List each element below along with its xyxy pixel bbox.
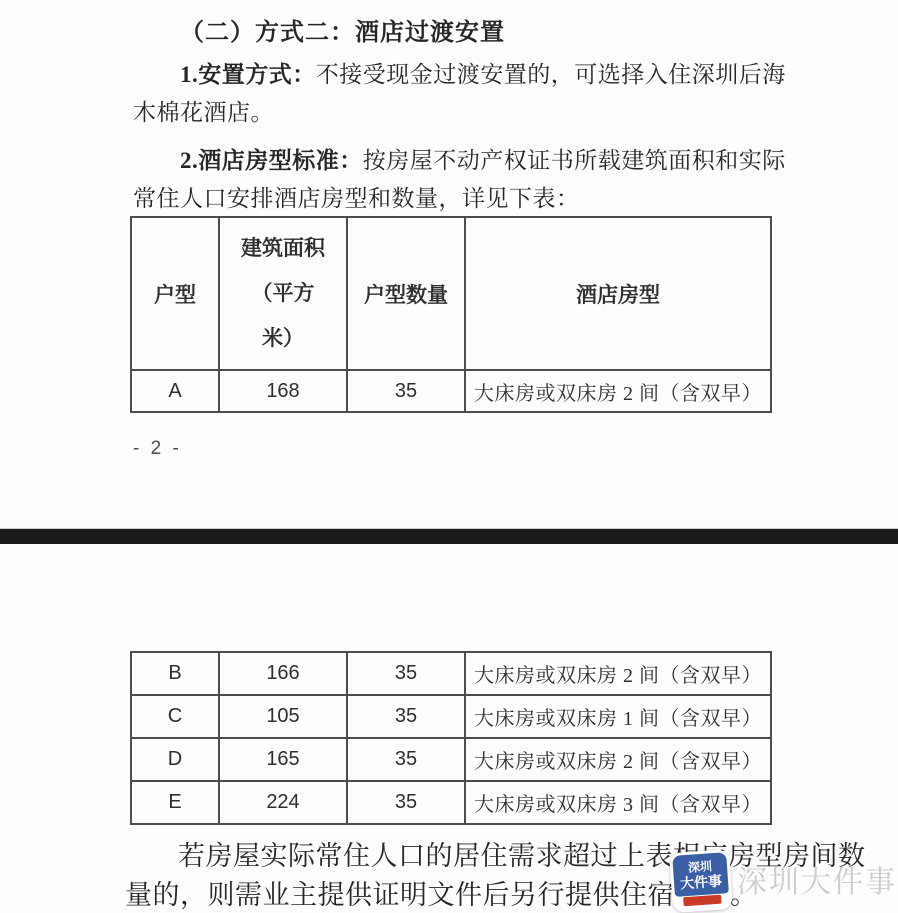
cell-house-type: E [131, 781, 219, 824]
hotel-room-table-page2: B 166 35 大床房或双床房 2 间（含双早） C 105 35 大床房或双… [130, 651, 772, 825]
cell-house-type: B [131, 652, 219, 695]
cell-hotel-room-type: 大床房或双床房 2 间（含双早） [465, 652, 771, 695]
header-building-area-line3: 米） [220, 316, 346, 361]
cell-hotel-room-type: 大床房或双床房 3 间（含双早） [465, 781, 771, 824]
paragraph-1-label: 1.安置方式： [180, 62, 316, 87]
section-heading: （二）方式二：酒店过渡安置 [180, 12, 505, 47]
paragraph-2-label: 2.酒店房型标准： [180, 148, 363, 173]
table-row: C 105 35 大床房或双床房 1 间（含双早） [131, 695, 771, 738]
header-house-type: 户型 [131, 217, 219, 370]
cell-building-area: 168 [219, 370, 347, 412]
cell-hotel-room-type: 大床房或双床房 2 间（含双早） [465, 370, 771, 412]
closing-paragraph-line-2: 量的，则需业主提供证明文件后另行提供住宿保障。 [125, 879, 758, 913]
cell-building-area: 165 [219, 738, 347, 781]
watermark-text: 深圳大件事 [737, 857, 897, 901]
header-building-area-line2: （平方 [220, 271, 346, 316]
header-hotel-room-type: 酒店房型 [465, 217, 771, 370]
badge-red-strip [683, 895, 722, 907]
shenzhen-dajianshi-badge-icon: 深圳 大件事 [669, 849, 733, 913]
table-row: A 168 35 大床房或双床房 2 间（含双早） [131, 370, 771, 412]
cell-unit-count: 35 [347, 781, 465, 824]
table-row: B 166 35 大床房或双床房 2 间（含双早） [131, 652, 771, 695]
paragraph-2-text: 按房屋不动产权证书所载建筑面积和实际 [363, 148, 786, 173]
cell-unit-count: 35 [347, 738, 465, 781]
document-page: { "page1": { "heading": "（二）方式二：酒店过渡安置",… [0, 0, 898, 913]
cell-house-type: C [131, 695, 219, 738]
cell-building-area: 105 [219, 695, 347, 738]
page-break-divider [0, 528, 898, 544]
cell-unit-count: 35 [347, 652, 465, 695]
cell-unit-count: 35 [347, 695, 465, 738]
cell-building-area: 166 [219, 652, 347, 695]
cell-building-area: 224 [219, 781, 347, 824]
cell-hotel-room-type: 大床房或双床房 2 间（含双早） [465, 738, 771, 781]
table-header-row: 户型 建筑面积（平方米） 户型数量 酒店房型 [131, 217, 771, 370]
header-unit-count: 户型数量 [347, 217, 465, 370]
paragraph-1-line-2: 木棉花酒店。 [133, 99, 274, 128]
table-row: E 224 35 大床房或双床房 3 间（含双早） [131, 781, 771, 824]
table-row: D 165 35 大床房或双床房 2 间（含双早） [131, 738, 771, 781]
hotel-room-table-page1: 户型 建筑面积（平方米） 户型数量 酒店房型 A 168 35 大床房或双床房 … [130, 216, 772, 413]
cell-unit-count: 35 [347, 370, 465, 412]
paragraph-2-line-2: 常住人口安排酒店房型和数量，详见下表： [133, 185, 580, 214]
badge-blue-panel: 深圳 大件事 [672, 852, 729, 897]
header-building-area: 建筑面积（平方米） [219, 217, 347, 370]
header-building-area-line1: 建筑面积 [220, 226, 346, 271]
badge-text-line2: 大件事 [680, 872, 723, 891]
cell-house-type: A [131, 370, 219, 412]
page-number: - 2 - [133, 438, 182, 460]
paragraph-1-line-1: 1.安置方式：不接受现金过渡安置的，可选择入住深圳后海 [180, 61, 786, 90]
paragraph-1-text: 不接受现金过渡安置的，可选择入住深圳后海 [316, 62, 786, 87]
cell-hotel-room-type: 大床房或双床房 1 间（含双早） [465, 695, 771, 738]
cell-house-type: D [131, 738, 219, 781]
paragraph-2-line-1: 2.酒店房型标准：按房屋不动产权证书所载建筑面积和实际 [180, 147, 786, 176]
